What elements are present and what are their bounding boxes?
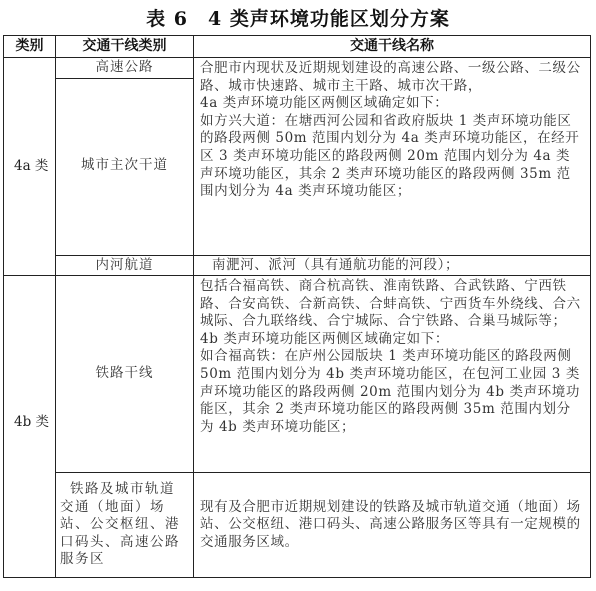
table-row: 4b 类 铁路干线 包括合福高铁、商合杭高铁、淮南铁路、合武铁路、宁西铁路、合安… [4,276,591,473]
category-cell: 高速公路 [56,58,194,79]
header-class: 类别 [4,36,56,58]
description-text: 4b 类声环境功能区两侧区域确定如下： [200,331,584,349]
description-text: 包括合福高铁、商合杭高铁、淮南铁路、合武铁路、宁西铁路、合安高铁、合新高铁、合蚌… [200,278,584,331]
description-cell: 南淝河、派河（具有通航功能的河段）； [194,256,591,276]
description-text: 如合福高铁：在庐州公园版块 1 类声环境功能区的路段两侧 50m 范围内划分为 … [200,348,584,436]
header-row: 类别 交通干线类别 交通干线名称 [4,36,591,58]
class-cell-4a: 4a 类 [4,58,56,276]
description-cell: 包括合福高铁、商合杭高铁、淮南铁路、合武铁路、宁西铁路、合安高铁、合新高铁、合蚌… [194,276,591,473]
header-name: 交通干线名称 [194,36,591,58]
description-text: 如方兴大道：在塘西河公园和省政府版块 1 类声环境功能区的路段两侧 50m 范围… [200,113,584,201]
table-row: 内河航道 南淝河、派河（具有通航功能的河段）； [4,256,591,276]
description-cell: 合肥市内现状及近期规划建设的高速公路、一级公路、二级公路、城市快速路、城市主干路… [194,58,591,256]
table-row: 铁路及城市轨道交通（地面）场站、公交枢纽、港口码头、高速公路服务区 现有及合肥市… [4,473,591,578]
description-text: 4a 类声环境功能区两侧区域确定如下： [200,95,584,113]
category-cell: 内河航道 [56,256,194,276]
class-cell-4b: 4b 类 [4,276,56,578]
category-cell: 铁路及城市轨道交通（地面）场站、公交枢纽、港口码头、高速公路服务区 [56,473,194,578]
header-category: 交通干线类别 [56,36,194,58]
category-cell: 城市主次干道 [56,79,194,256]
category-cell: 铁路干线 [56,276,194,473]
description-cell: 现有及合肥市近期规划建设的铁路及城市轨道交通（地面）场站、公交枢纽、港口码头、高… [194,473,591,578]
description-text: 合肥市内现状及近期规划建设的高速公路、一级公路、二级公路、城市快速路、城市主干路… [200,60,584,95]
table-row: 4a 类 高速公路 合肥市内现状及近期规划建设的高速公路、一级公路、二级公路、城… [4,58,591,79]
table-title: 表 6 4 类声环境功能区划分方案 [0,4,596,31]
noise-zone-table: 类别 交通干线类别 交通干线名称 4a 类 高速公路 合肥市内现状及近期规划建设… [3,35,591,578]
